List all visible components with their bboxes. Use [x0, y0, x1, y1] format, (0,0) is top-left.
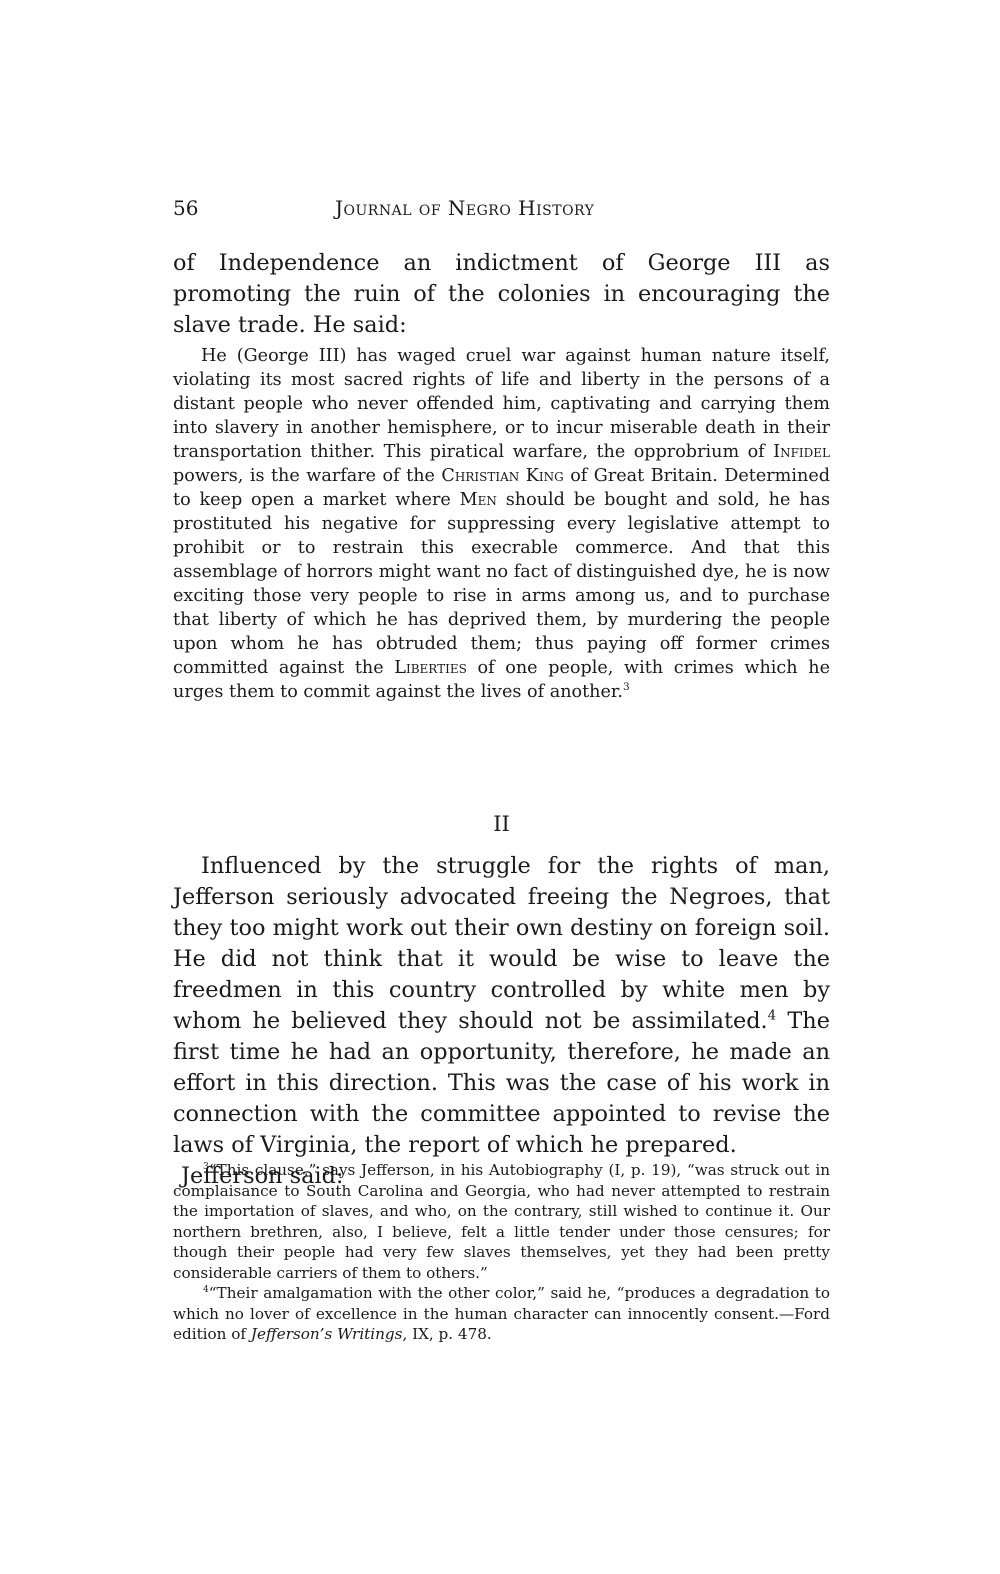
running-head: 56 Journal of Negro History: [173, 196, 830, 226]
footnote-ref-4[interactable]: 4: [768, 1009, 777, 1024]
footnote-3: 3“This clause,” says Jefferson, in his A…: [173, 1160, 830, 1283]
quote-text: powers, is the warfare of the: [173, 466, 441, 486]
intro-paragraph: of Independence an indictment of George …: [173, 248, 830, 341]
footnote-italic-title: Jefferson’s Writings: [251, 1325, 403, 1343]
footnotes: 3“This clause,” says Jefferson, in his A…: [173, 1160, 830, 1345]
section-heading: II: [173, 812, 830, 836]
body-text-part: Influenced by the struggle for the right…: [173, 853, 830, 1034]
block-quote: He (George III) has waged cruel war agai…: [173, 344, 830, 704]
body-paragraph: Influenced by the struggle for the right…: [173, 851, 830, 1192]
quote-text: should be bought and sold, he has prosti…: [173, 490, 830, 678]
quote-smallcaps: Infidel: [773, 442, 830, 462]
page-number: 56: [173, 196, 198, 220]
footnote-text: , IX, p. 478.: [402, 1325, 491, 1343]
quote-paragraph: He (George III) has waged cruel war agai…: [173, 344, 830, 704]
quote-smallcaps: Men: [460, 490, 497, 510]
body-text: Influenced by the struggle for the right…: [173, 851, 830, 1161]
quote-smallcaps: Liberties: [394, 658, 467, 678]
footnote-4: 4“Their amalgamation with the other colo…: [173, 1283, 830, 1345]
quote-smallcaps: Christian King: [441, 466, 563, 486]
journal-title: Journal of Negro History: [335, 196, 594, 220]
footnote-text: “This clause,” says Jefferson, in his Au…: [173, 1161, 830, 1282]
footnote-ref-3[interactable]: 3: [623, 681, 630, 693]
quote-text: He (George III) has waged cruel war agai…: [173, 346, 830, 462]
intro-text: of Independence an indictment of George …: [173, 248, 830, 341]
